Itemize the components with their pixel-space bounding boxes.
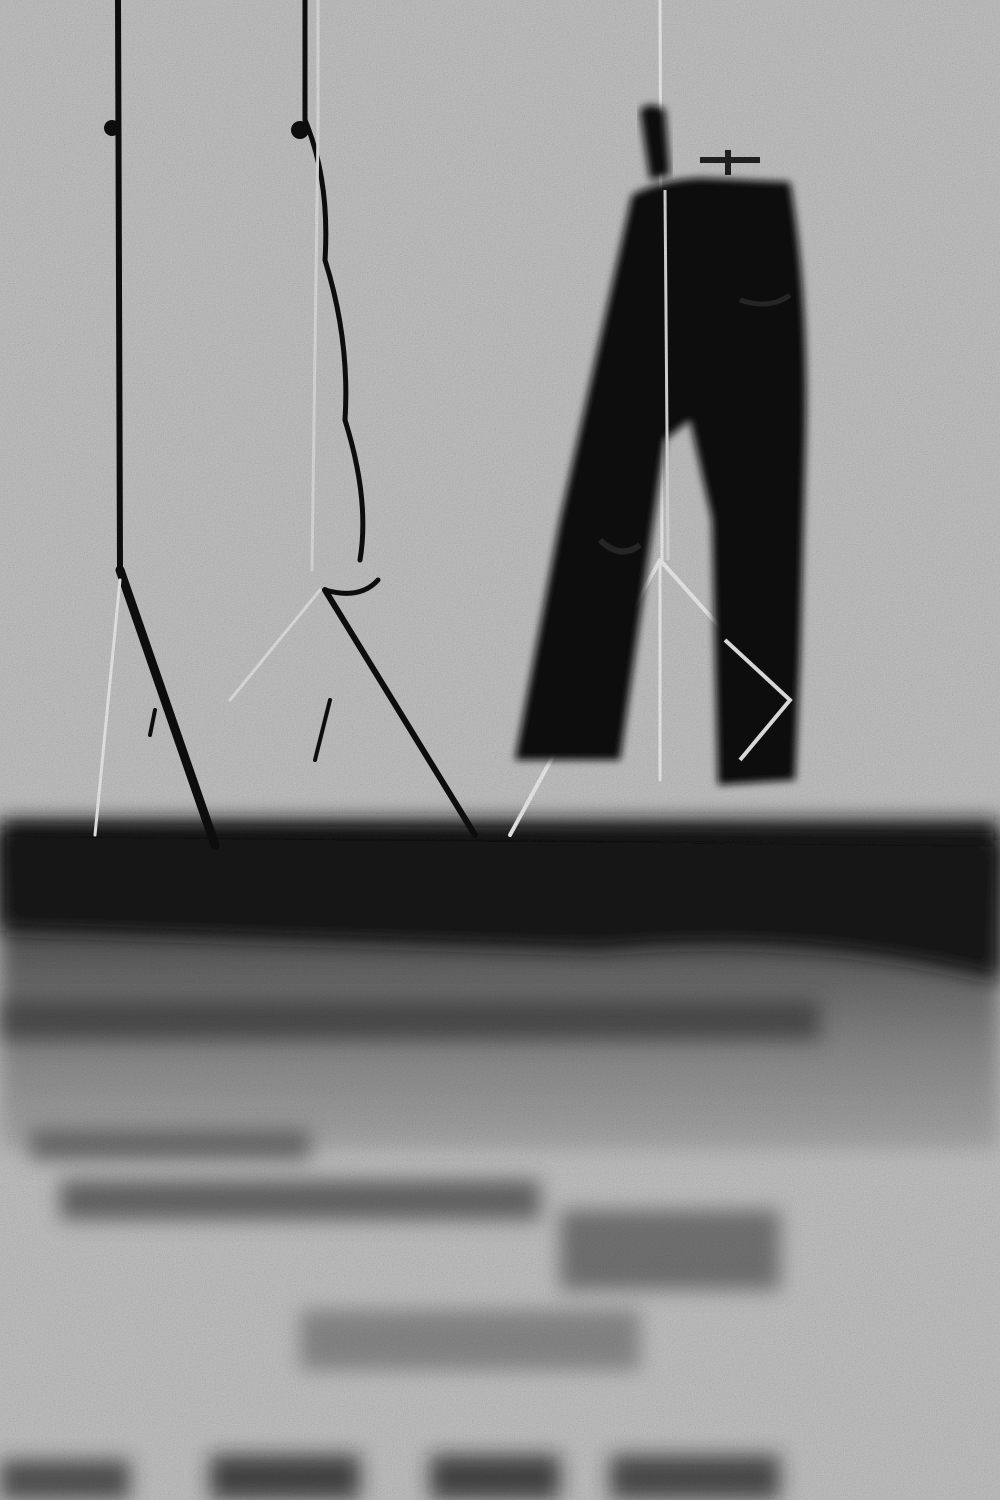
ground-shadow: [0, 820, 1000, 1150]
photograph: [0, 0, 1000, 1500]
photo-canvas: [0, 0, 1000, 1500]
